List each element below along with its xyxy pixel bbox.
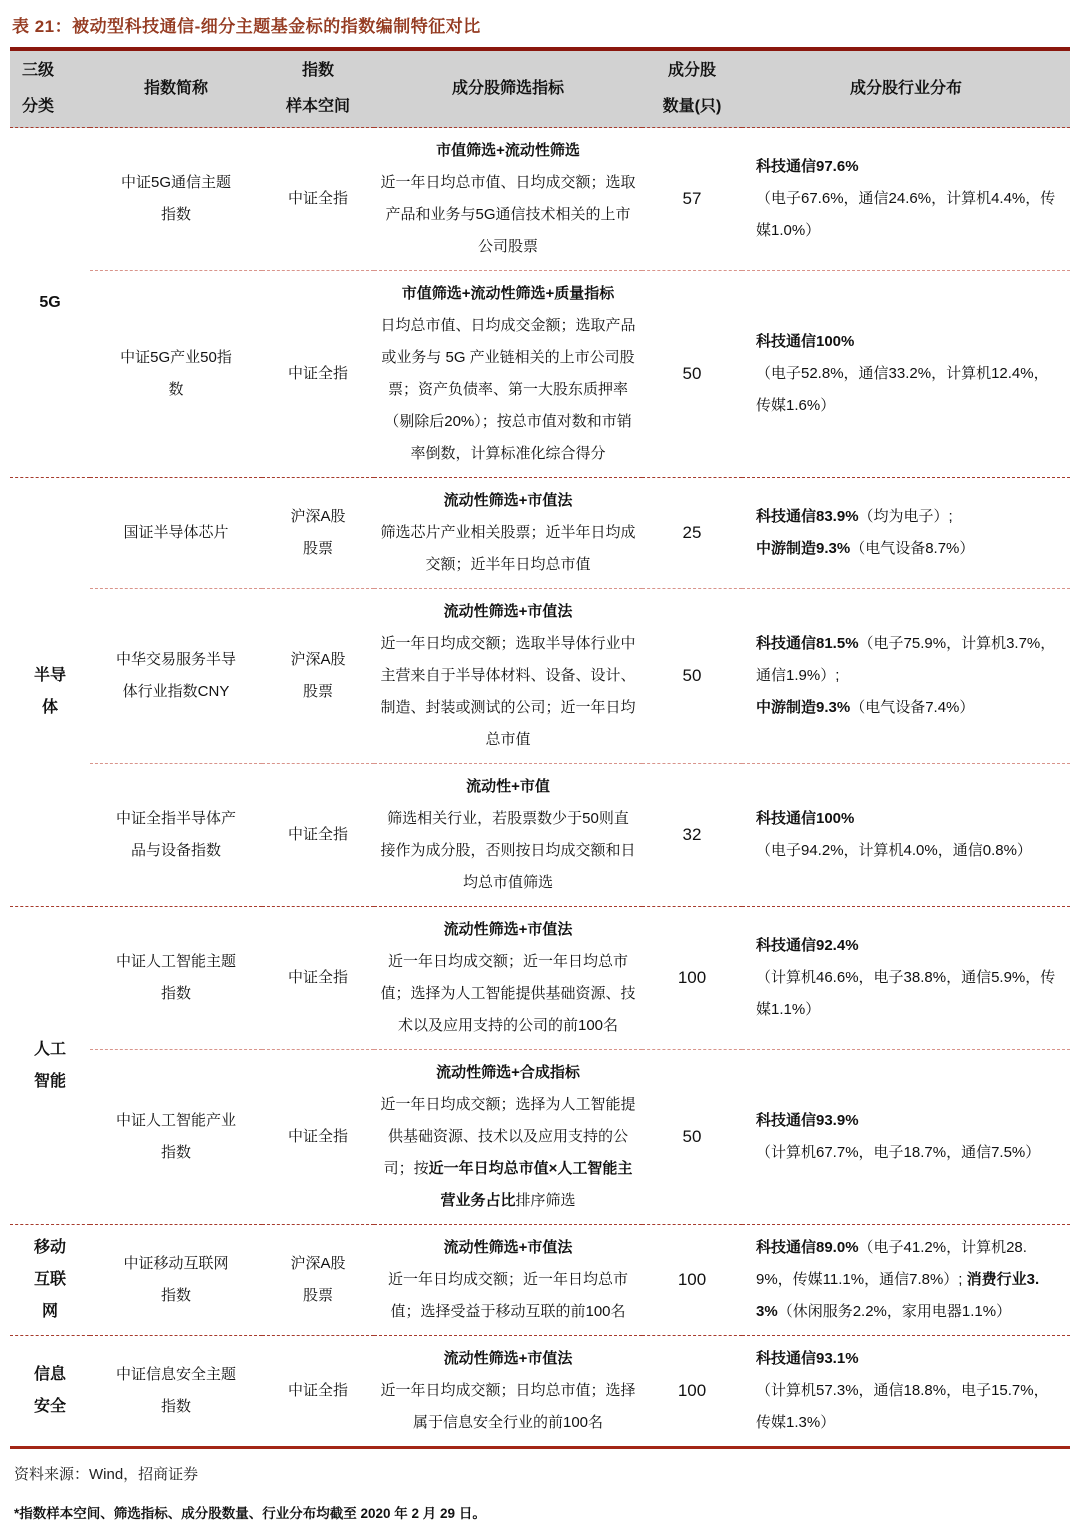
criteria-body: 日均总市值、日均成交金额；选取产品或业务与 5G 产业链相关的上市公司股票；资产… [380, 310, 636, 470]
index-comparison-table: 三级 分类 指数简称 指数 样本空间 成分股筛选指标 成分股 数量(只) 成分股… [10, 51, 1070, 1446]
criteria-cell: 流动性筛选+市值法 近一年日均成交额；选取半导体行业中主营来自于半导体材料、设备… [374, 589, 642, 764]
criteria-cell: 流动性筛选+市值法 筛选芯片产业相关股票；近半年日均成交额；近半年日均总市值 [374, 478, 642, 589]
source-line: 资料来源：Wind，招商证券 [10, 1449, 1070, 1488]
criteria-cell: 流动性筛选+市值法 近一年日均成交额；日均总市值；选择属于信息安全行业的前100… [374, 1336, 642, 1447]
index-name-cell: 中证5G产业50指 数 [90, 271, 262, 478]
criteria-heading: 市值筛选+流动性筛选+质量指标 [380, 278, 636, 310]
criteria-cell: 流动性筛选+市值法 近一年日均成交额；近一年日均总市值；选择受益于移动互联的前1… [374, 1225, 642, 1336]
criteria-body: 近一年日均成交额；近一年日均总市值；选择受益于移动互联的前100名 [380, 1264, 636, 1328]
table-row: 移动 互联 网 中证移动互联网 指数 沪深A股 股票 流动性筛选+市值法 近一年… [10, 1225, 1070, 1336]
industry-cell: 科技通信89.0%（电子41.2%，计算机28.9%，传媒11.1%，通信7.8… [742, 1225, 1070, 1336]
criteria-body: 近一年日均成交额；日均总市值；选择属于信息安全行业的前100名 [380, 1375, 636, 1439]
index-name-cell: 中证全指半导体产 品与设备指数 [90, 764, 262, 907]
col-header-criteria: 成分股筛选指标 [374, 51, 642, 128]
universe-cell: 中证全指 [262, 764, 374, 907]
criteria-heading: 流动性筛选+市值法 [380, 1343, 636, 1375]
count-cell: 100 [642, 1336, 742, 1447]
table-title: 表 21：被动型科技通信-细分主题基金标的指数编制特征对比 [10, 6, 1070, 47]
table-row: 半导 体 国证半导体芯片 沪深A股 股票 流动性筛选+市值法 筛选芯片产业相关股… [10, 478, 1070, 589]
count-cell: 50 [642, 271, 742, 478]
table-row: 中证全指半导体产 品与设备指数 中证全指 流动性+市值 筛选相关行业，若股票数少… [10, 764, 1070, 907]
universe-cell: 中证全指 [262, 1050, 374, 1225]
universe-cell: 中证全指 [262, 907, 374, 1050]
criteria-cell: 流动性筛选+合成指标 近一年日均成交额；选择为人工智能提供基础资源、技术以及应用… [374, 1050, 642, 1225]
industry-cell: 科技通信100%（电子94.2%，计算机4.0%，通信0.8%） [742, 764, 1070, 907]
count-cell: 57 [642, 128, 742, 271]
criteria-body: 近一年日均成交额；选择为人工智能提供基础资源、技术以及应用支持的公司；按近一年日… [380, 1089, 636, 1217]
criteria-cell: 流动性+市值 筛选相关行业，若股票数少于50则直接作为成分股，否则按日均成交额和… [374, 764, 642, 907]
criteria-body: 筛选芯片产业相关股票；近半年日均成交额；近半年日均总市值 [380, 517, 636, 581]
index-name-cell: 国证半导体芯片 [90, 478, 262, 589]
col-header-industry: 成分股行业分布 [742, 51, 1070, 128]
count-cell: 50 [642, 589, 742, 764]
criteria-cell: 市值筛选+流动性筛选 近一年日均总市值、日均成交额；选取产品和业务与5G通信技术… [374, 128, 642, 271]
industry-cell: 科技通信93.1%（计算机57.3%，通信18.8%，电子15.7%，传媒1.3… [742, 1336, 1070, 1447]
col-header-count: 成分股 数量(只) [642, 51, 742, 128]
industry-cell: 科技通信81.5%（电子75.9%，计算机3.7%，通信1.9%）;中游制造9.… [742, 589, 1070, 764]
footnote-line: *指数样本空间、筛选指标、成分股数量、行业分布均截至 2020 年 2 月 29… [10, 1488, 1070, 1532]
group-cell-info-security: 信息 安全 [10, 1336, 90, 1447]
table-row: 5G 中证5G通信主题 指数 中证全指 市值筛选+流动性筛选 近一年日均总市值、… [10, 128, 1070, 271]
header-row: 三级 分类 指数简称 指数 样本空间 成分股筛选指标 成分股 数量(只) 成分股… [10, 51, 1070, 128]
table-row: 中证5G产业50指 数 中证全指 市值筛选+流动性筛选+质量指标 日均总市值、日… [10, 271, 1070, 478]
count-cell: 50 [642, 1050, 742, 1225]
count-cell: 100 [642, 1225, 742, 1336]
criteria-heading: 流动性筛选+市值法 [380, 914, 636, 946]
universe-cell: 中证全指 [262, 128, 374, 271]
industry-cell: 科技通信93.9%（计算机67.7%，电子18.7%，通信7.5%） [742, 1050, 1070, 1225]
criteria-heading: 流动性筛选+合成指标 [380, 1057, 636, 1089]
universe-cell: 中证全指 [262, 271, 374, 478]
criteria-body: 近一年日均成交额；选取半导体行业中主营来自于半导体材料、设备、设计、制造、封装或… [380, 628, 636, 756]
criteria-body: 筛选相关行业，若股票数少于50则直接作为成分股，否则按日均成交额和日均总市值筛选 [380, 803, 636, 899]
criteria-cell: 市值筛选+流动性筛选+质量指标 日均总市值、日均成交金额；选取产品或业务与 5G… [374, 271, 642, 478]
col-header-category: 三级 分类 [10, 51, 90, 128]
criteria-cell: 流动性筛选+市值法 近一年日均成交额；近一年日均总市值；选择为人工智能提供基础资… [374, 907, 642, 1050]
count-cell: 32 [642, 764, 742, 907]
criteria-heading: 流动性筛选+市值法 [380, 596, 636, 628]
criteria-body: 近一年日均成交额；近一年日均总市值；选择为人工智能提供基础资源、技术以及应用支持… [380, 946, 636, 1042]
industry-cell: 科技通信92.4%（计算机46.6%，电子38.8%，通信5.9%，传媒1.1%… [742, 907, 1070, 1050]
universe-cell: 沪深A股 股票 [262, 589, 374, 764]
group-cell-mobile-internet: 移动 互联 网 [10, 1225, 90, 1336]
industry-cell: 科技通信97.6%（电子67.6%，通信24.6%，计算机4.4%，传媒1.0%… [742, 128, 1070, 271]
index-comparison-table-wrapper: 三级 分类 指数简称 指数 样本空间 成分股筛选指标 成分股 数量(只) 成分股… [10, 47, 1070, 1449]
index-name-cell: 中证移动互联网 指数 [90, 1225, 262, 1336]
criteria-heading: 流动性+市值 [380, 771, 636, 803]
universe-cell: 沪深A股 股票 [262, 478, 374, 589]
table-row: 中华交易服务半导 体行业指数CNY 沪深A股 股票 流动性筛选+市值法 近一年日… [10, 589, 1070, 764]
industry-cell: 科技通信83.9%（均为电子）;中游制造9.3%（电气设备8.7%） [742, 478, 1070, 589]
criteria-body: 近一年日均总市值、日均成交额；选取产品和业务与5G通信技术相关的上市公司股票 [380, 167, 636, 263]
table-row: 人工 智能 中证人工智能主题 指数 中证全指 流动性筛选+市值法 近一年日均成交… [10, 907, 1070, 1050]
universe-cell: 中证全指 [262, 1336, 374, 1447]
count-cell: 25 [642, 478, 742, 589]
index-name-cell: 中证5G通信主题 指数 [90, 128, 262, 271]
industry-cell: 科技通信100%（电子52.8%，通信33.2%，计算机12.4%，传媒1.6%… [742, 271, 1070, 478]
count-cell: 100 [642, 907, 742, 1050]
index-name-cell: 中证人工智能主题 指数 [90, 907, 262, 1050]
criteria-heading: 流动性筛选+市值法 [380, 1232, 636, 1264]
criteria-heading: 市值筛选+流动性筛选 [380, 135, 636, 167]
table-row: 信息 安全 中证信息安全主题 指数 中证全指 流动性筛选+市值法 近一年日均成交… [10, 1336, 1070, 1447]
col-header-universe: 指数 样本空间 [262, 51, 374, 128]
table-row: 中证人工智能产业 指数 中证全指 流动性筛选+合成指标 近一年日均成交额；选择为… [10, 1050, 1070, 1225]
universe-cell: 沪深A股 股票 [262, 1225, 374, 1336]
group-cell-5g: 5G [10, 128, 90, 478]
index-name-cell: 中证人工智能产业 指数 [90, 1050, 262, 1225]
col-header-index-name: 指数简称 [90, 51, 262, 128]
group-cell-ai: 人工 智能 [10, 907, 90, 1225]
report-page: 表 21：被动型科技通信-细分主题基金标的指数编制特征对比 三级 分类 指数简称… [0, 0, 1080, 1532]
criteria-heading: 流动性筛选+市值法 [380, 485, 636, 517]
index-name-cell: 中证信息安全主题 指数 [90, 1336, 262, 1447]
index-name-cell: 中华交易服务半导 体行业指数CNY [90, 589, 262, 764]
group-cell-semiconductor: 半导 体 [10, 478, 90, 907]
